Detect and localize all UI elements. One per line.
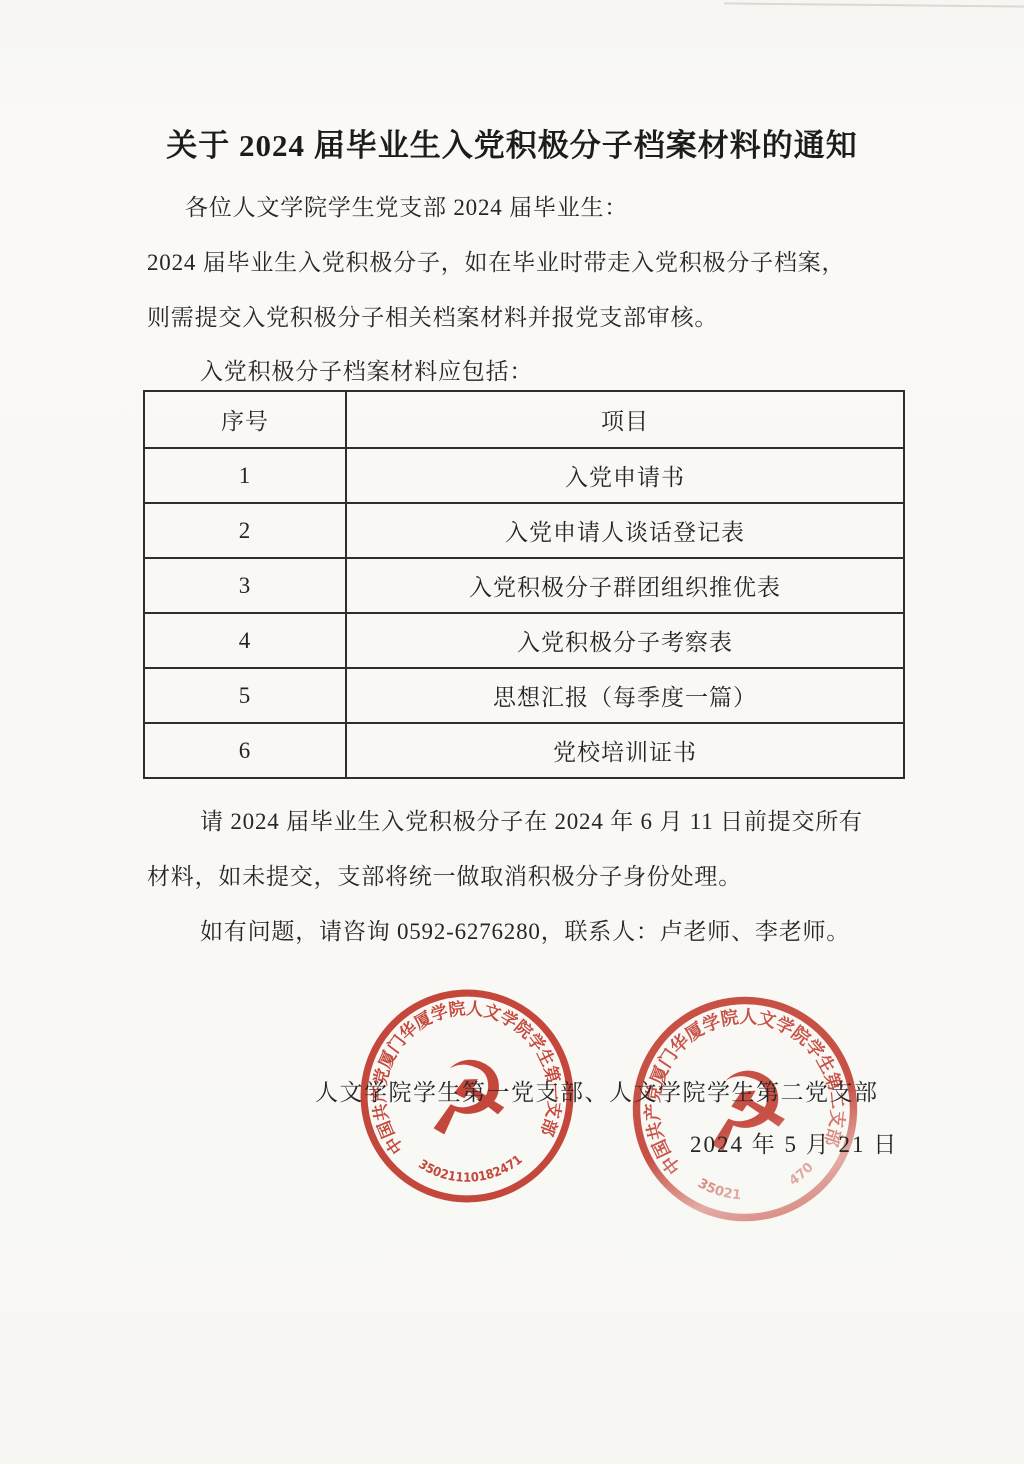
signature: 人文学院学生第一党支部、人文学院学生第二党支部	[315, 1074, 879, 1107]
table-cell-item: 入党申请书	[346, 448, 904, 503]
table-row: 1 入党申请书	[144, 448, 904, 503]
document-page: 关于 2024 届毕业生入党积极分子档案材料的通知 各位人文学院学生党支部 20…	[0, 0, 1024, 1464]
closing-line-3: 如有问题，请咨询 0592-6276280，联系人：卢老师、李老师。	[200, 913, 850, 946]
table-cell-index: 4	[144, 613, 346, 668]
date: 2024 年 5 月 21 日	[690, 1126, 898, 1159]
closing-line-2: 材料，如未提交，支部将统一做取消积极分子身份处理。	[147, 858, 742, 891]
table-row: 4 入党积极分子考察表	[144, 613, 904, 668]
table-row: 5 思想汇报（每季度一篇）	[144, 668, 904, 723]
party-branch-seal-2: 中国共产党厦门华厦学院人文学院学生第二支部委员会 ☭ 35021 470	[628, 992, 862, 1226]
table-cell-item: 思想汇报（每季度一篇）	[346, 668, 904, 723]
table-cell-index: 5	[144, 668, 346, 723]
table-cell-index: 1	[144, 448, 346, 503]
table-cell-item: 入党积极分子群团组织推优表	[346, 558, 904, 613]
table-cell-index: 3	[144, 558, 346, 613]
table-header-row: 序号 项目	[144, 391, 904, 448]
seal-number-left: 35021	[693, 1171, 744, 1209]
salutation: 各位人文学院学生党支部 2024 届毕业生：	[185, 189, 628, 222]
closing-line-1: 请 2024 届毕业生入党积极分子在 2024 年 6 月 11 日前提交所有	[200, 803, 863, 836]
header-项目: 项目	[346, 391, 904, 448]
table-row: 3 入党积极分子群团组织推优表	[144, 558, 904, 613]
intro-line-3: 入党积极分子档案材料应包括：	[200, 353, 533, 386]
svg-text:35021: 35021	[693, 1171, 744, 1209]
intro-line-1: 2024 届毕业生入党积极分子，如在毕业时带走入党积极分子档案，	[147, 244, 845, 277]
table-cell-index: 6	[144, 723, 346, 778]
header-序号: 序号	[144, 391, 346, 448]
scan-artifact	[724, 2, 1024, 7]
materials-table: 序号 项目 1 入党申请书 2 入党申请人谈话登记表 3 入党积极分子群团组织推…	[143, 390, 905, 779]
table-row: 6 党校培训证书	[144, 723, 904, 778]
table-cell-item: 入党申请人谈话登记表	[346, 503, 904, 558]
table-cell-index: 2	[144, 503, 346, 558]
document-title: 关于 2024 届毕业生入党积极分子档案材料的通知	[0, 120, 1024, 165]
intro-line-2: 则需提交入党积极分子相关档案材料并报党支部审核。	[147, 299, 718, 332]
table-cell-item: 党校培训证书	[346, 723, 904, 778]
table-row: 2 入党申请人谈话登记表	[144, 503, 904, 558]
table-cell-item: 入党积极分子考察表	[346, 613, 904, 668]
